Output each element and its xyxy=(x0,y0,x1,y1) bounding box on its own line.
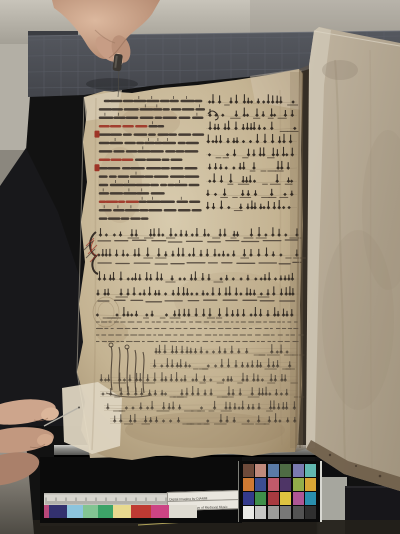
calibration-bar-base xyxy=(40,457,242,523)
ruler xyxy=(44,493,240,505)
photo-scene xyxy=(0,0,400,534)
right-cover xyxy=(306,27,400,491)
manuscript-photo: Digital Imaging by DIAMM Digital Image A… xyxy=(0,0,400,534)
manuscript-leaf xyxy=(62,69,306,460)
